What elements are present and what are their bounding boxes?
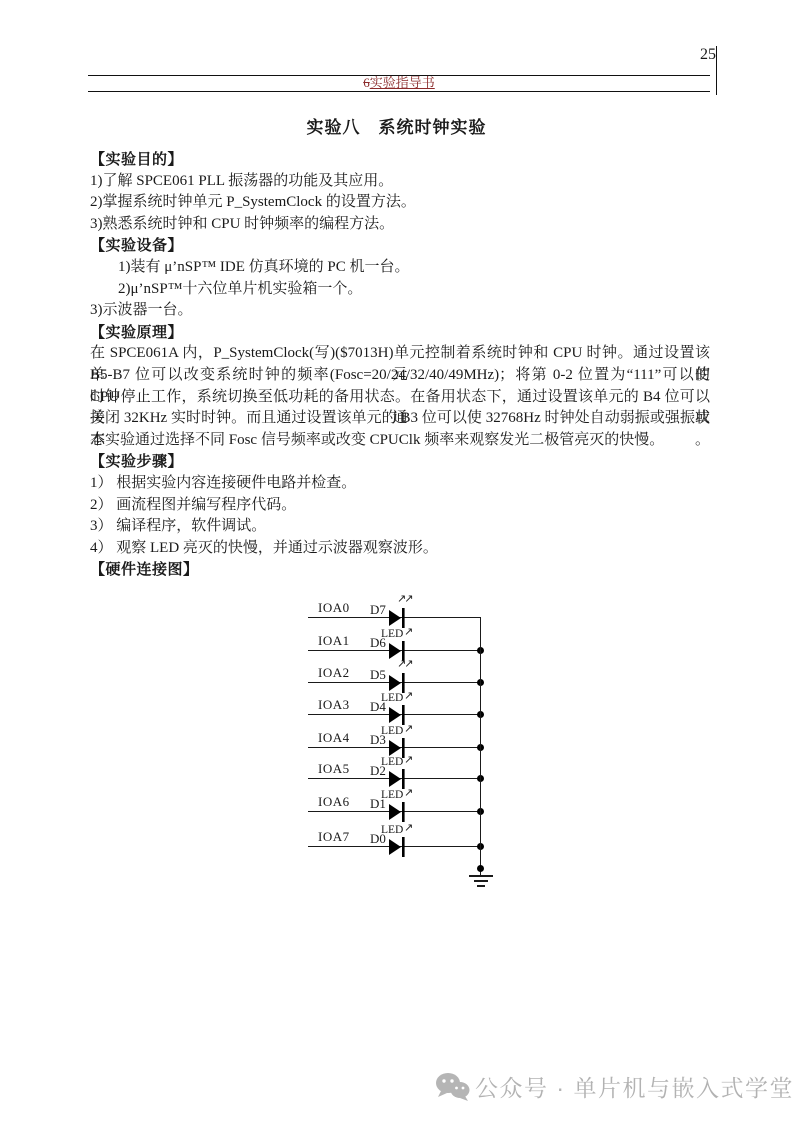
ground-icon [469,875,493,877]
io-port-label: IOA6 [318,794,350,810]
led-diode-icon [388,834,408,860]
led-emission-arrows: ↗ [404,689,411,702]
io-port-label: IOA7 [318,829,350,845]
io-port-label: IOA3 [318,697,350,713]
led-emission-arrows: ↗ [404,722,411,735]
document-page: 25 6实验指导书 实验八 系统时钟实验 【实验目的】 1)了解 SPCE061… [0,0,793,1123]
led-emission-arrows: ↗↗ [397,657,411,670]
led-emission-arrows: ↗ [404,753,411,766]
io-port-label: IOA5 [318,761,350,777]
io-port-label: IOA4 [318,730,350,746]
footer-watermark: 公众号 · 单片机与嵌入式学堂 [0,1068,793,1108]
ground-icon [474,880,488,882]
common-bus-wire [480,618,481,875]
led-emission-arrows: ↗ [404,786,411,799]
io-port-label: IOA2 [318,665,350,681]
watermark-text: 公众号 · 单片机与嵌入式学堂 [475,1070,793,1103]
hardware-connection-diagram: IOA0 D7 ↗↗ IOA1 D6 LED ↗ IOA2 D5 ↗↗ IOA3… [0,0,793,1123]
io-port-label: IOA0 [318,600,350,616]
junction-dot [477,865,484,872]
diode-ref-label: D7 [370,602,386,618]
ground-icon [477,885,485,887]
led-emission-arrows: ↗ [404,821,411,834]
led-emission-arrows: ↗ [404,625,411,638]
diode-ref-label: D5 [370,667,386,683]
io-port-label: IOA1 [318,633,350,649]
wechat-icon [435,1072,471,1102]
led-emission-arrows: ↗↗ [397,592,411,605]
